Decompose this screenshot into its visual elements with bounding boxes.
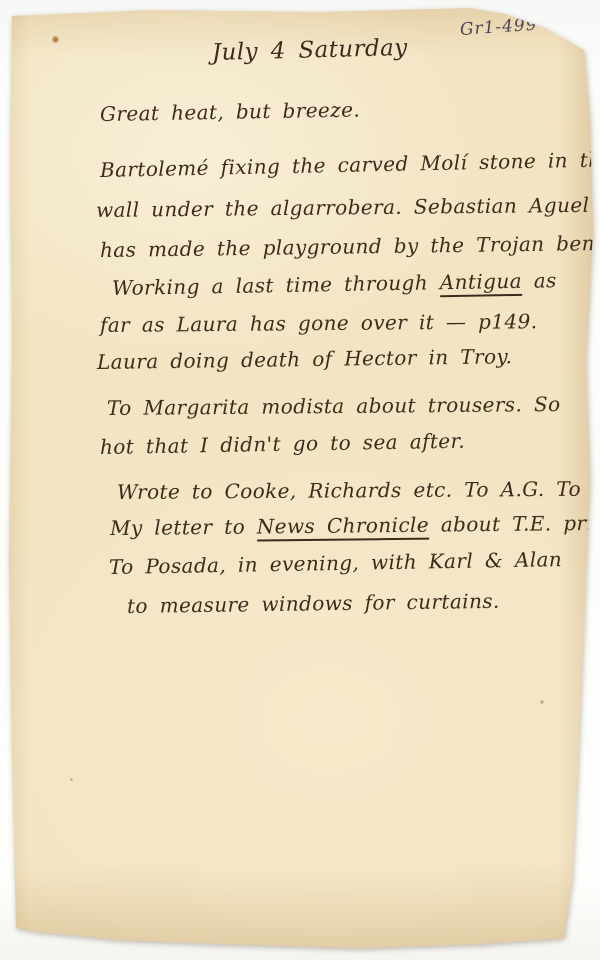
- diary-line-text: Working a last time through: [112, 270, 440, 300]
- diary-line-text: My letter to: [110, 514, 257, 540]
- diary-line: Wrote to Cooke, Richards etc. To A.G. To…: [117, 476, 600, 504]
- diary-line: To Margarita modista about trousers. So: [107, 392, 561, 420]
- catalog-number: Gr1-499: [459, 15, 538, 40]
- diary-line: hot that I didn't go to sea after.: [100, 429, 465, 459]
- diary-line: wall under the algarrobera. Sebastian Ag…: [96, 193, 590, 222]
- diary-line: has made the playground by the Trojan be…: [100, 231, 600, 262]
- underlined-word: Antigua: [440, 269, 523, 297]
- diary-line: Great heat, but breeze.: [100, 97, 361, 126]
- scan-background: Gr1-499 July 4 Saturday Great heat, but …: [0, 0, 600, 960]
- diary-line-text: as: [522, 268, 557, 293]
- foxing-spot: [70, 778, 73, 781]
- foxing-spot: [52, 36, 59, 43]
- diary-line: Laura doing death of Hector in Troy.: [97, 344, 513, 374]
- page-title: July 4 Saturday: [212, 35, 408, 66]
- diary-line: to measure windows for curtains.: [127, 589, 500, 618]
- diary-line-text: about T.E. printed: [429, 510, 600, 536]
- foxing-spot: [540, 700, 544, 704]
- diary-line: Working a last time through Antigua as: [112, 268, 557, 300]
- diary-line: far as Laura has gone over it — p149.: [100, 309, 538, 337]
- paper-shadow-wrap: Gr1-499 July 4 Saturday Great heat, but …: [0, 0, 600, 960]
- diary-line: To Posada, in evening, with Karl & Alan: [109, 547, 563, 579]
- diary-page: Gr1-499 July 4 Saturday Great heat, but …: [0, 0, 600, 960]
- diary-line: Bartolemé fixing the carved Molí stone i…: [100, 147, 600, 182]
- diary-line: My letter to News Chronicle about T.E. p…: [110, 510, 600, 540]
- underlined-word: News Chronicle: [257, 513, 429, 542]
